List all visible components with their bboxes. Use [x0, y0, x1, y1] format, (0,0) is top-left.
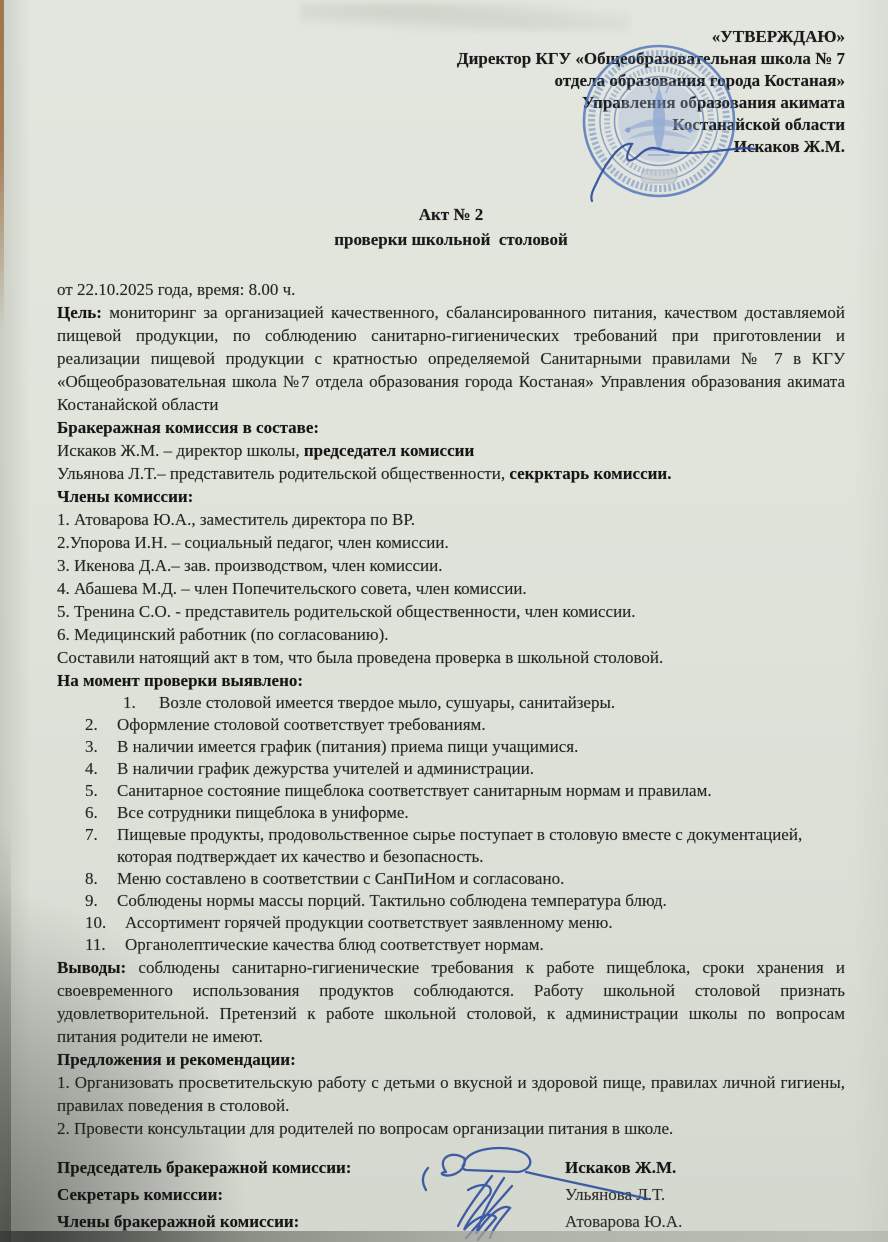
title-line-2: проверки школьной столовой [57, 227, 845, 252]
finding-number: 8. [85, 868, 117, 890]
commission-chairman: Искаков Ж.М. – директор школы, председат… [57, 439, 845, 462]
finding-item: 11.Органолептические качества блюд соотв… [57, 934, 845, 956]
approval-line: «УТВЕРЖДАЮ» [57, 26, 845, 48]
finding-text: Органолептические качества блюд соответс… [125, 934, 845, 956]
finding-text: Оформление столовой соответствует требов… [117, 714, 845, 736]
signature-name: Ульянова Л.Т. [565, 1181, 665, 1208]
approval-line: Управления образования акимата [57, 92, 845, 114]
purpose-text: мониторинг за организацией качественного… [57, 303, 845, 414]
approval-director-name: Искаков Ж.М. [57, 136, 845, 158]
photo-shadow-bottom [0, 1231, 888, 1242]
finding-item: 9.Соблюдены нормы массы порций. Тактильн… [57, 890, 845, 912]
commission-secretary: Ульянова Л.Т.– представитель родительско… [57, 462, 845, 485]
signature-row: Секретарь комиссии: Ульянова Л.Т. [57, 1181, 845, 1208]
signature-block: Председатель бракеражной комиссии: Искак… [57, 1154, 845, 1235]
finding-text: В наличии график дежурства учителей и ад… [117, 758, 845, 780]
purpose-label: Цель: [57, 303, 102, 322]
signature-name: Искаков Ж.М. [565, 1154, 676, 1181]
finding-text: Меню составлено в соответствии с СанПиНо… [117, 868, 845, 890]
member-line: 6. Медицинский работник (по согласованию… [57, 623, 845, 646]
approval-line: Костанайской области [57, 114, 845, 136]
finding-number: 9. [85, 890, 117, 912]
finding-item: 8.Меню составлено в соответствии с СанПи… [57, 868, 845, 890]
finding-item: 1.Возле столовой имеется твердое мыло, с… [57, 692, 845, 714]
finding-text: Все сотрудники пищеблока в униформе. [117, 802, 845, 824]
member-line: 2.Упорова И.Н. – социальный педагог, чле… [57, 531, 845, 554]
member-line: 4. Абашева М.Д. – член Попечительского с… [57, 577, 845, 600]
finding-number: 2. [85, 714, 117, 736]
secretary-role: секрктарь комиссии. [509, 464, 671, 483]
finding-number: 11. [85, 934, 125, 956]
conclusions-paragraph: Выводы: соблюдены санитарно-гигиенически… [57, 956, 845, 1048]
finding-number: 5. [85, 780, 117, 802]
photo-shadow-left [0, 822, 11, 1242]
finding-item: 3.В наличии имеется график (питания) при… [57, 736, 845, 758]
recommendation-line: 2. Провести консультации для родителей п… [57, 1117, 845, 1140]
finding-number: 3. [85, 736, 117, 758]
approval-line: отдела образования города Костаная» [57, 70, 845, 92]
findings-heading: На момент проверки выявлено: [57, 669, 845, 692]
finding-item: 4.В наличии график дежурства учителей и … [57, 758, 845, 780]
document-page: «УТВЕРЖДАЮ» Директор КГУ «Общеобразовате… [0, 0, 888, 1242]
title-line-1: Акт № 2 [57, 202, 845, 227]
member-line: 5. Тренина С.О. - представитель родитель… [57, 600, 845, 623]
finding-item: 7.Пищевые продукты, продовольственное сы… [57, 824, 845, 868]
finding-number: 7. [85, 824, 117, 868]
members-heading: Члены комиссии: [57, 485, 845, 508]
chairman-text: Искаков Ж.М. – директор школы, [57, 441, 304, 460]
finding-item: 2.Оформление столовой соответствует треб… [57, 714, 845, 736]
chairman-role: председател комиссии [304, 441, 474, 460]
finding-item: 5.Санитарное состояние пищеблока соответ… [57, 780, 845, 802]
act-statement: Составили натоящий акт в том, что была п… [57, 646, 845, 669]
signature-label: Члены бракеражной комиссии: [57, 1212, 299, 1231]
date-line: от 22.10.2025 года, время: 8.00 ч. [57, 278, 845, 301]
document-title: Акт № 2 проверки школьной столовой [57, 202, 845, 252]
finding-text: В наличии имеется график (питания) прием… [117, 736, 845, 758]
conclusions-text: соблюдены санитарно-гигиенические требов… [57, 958, 845, 1046]
signature-label: Председатель бракеражной комиссии: [57, 1158, 351, 1177]
finding-item: 10.Ассортимент горячей продукции соответ… [57, 912, 845, 934]
finding-text: Возле столовой имеется твердое мыло, суш… [159, 692, 845, 714]
approval-line: Директор КГУ «Общеобразовательная школа … [57, 48, 845, 70]
member-line: 3. Икенова Д.А.– зав. производством, чле… [57, 554, 845, 577]
purpose-paragraph: Цель: мониторинг за организацией качеств… [57, 301, 845, 416]
conclusions-label: Выводы: [57, 958, 126, 977]
commission-heading: Бракеражная комиссия в составе: [57, 416, 845, 439]
finding-item: 6.Все сотрудники пищеблока в униформе. [57, 802, 845, 824]
finding-number: 10. [85, 912, 125, 934]
photo-edge-left [0, 0, 4, 330]
recommendations-heading: Предложения и рекомендации: [57, 1048, 845, 1071]
signature-label: Секретарь комиссии: [57, 1185, 223, 1204]
finding-number: 4. [85, 758, 117, 780]
finding-text: Ассортимент горячей продукции соответств… [125, 912, 845, 934]
finding-text: Санитарное состояние пищеблока соответст… [117, 780, 845, 802]
member-line: 1. Атоварова Ю.А., заместитель директора… [57, 508, 845, 531]
signature-row: Председатель бракеражной комиссии: Искак… [57, 1154, 845, 1181]
finding-text: Соблюдены нормы массы порций. Тактильно … [117, 890, 845, 912]
finding-number: 6. [85, 802, 117, 824]
recommendation-line: 1. Организовать просветительскую работу … [57, 1071, 845, 1117]
finding-number: 1. [123, 692, 159, 714]
secretary-text: Ульянова Л.Т.– представитель родительско… [57, 464, 509, 483]
document-content: «УТВЕРЖДАЮ» Директор КГУ «Общеобразовате… [0, 0, 888, 1235]
finding-text: Пищевые продукты, продовольственное сырь… [117, 824, 845, 868]
approval-block: «УТВЕРЖДАЮ» Директор КГУ «Общеобразовате… [57, 26, 845, 158]
